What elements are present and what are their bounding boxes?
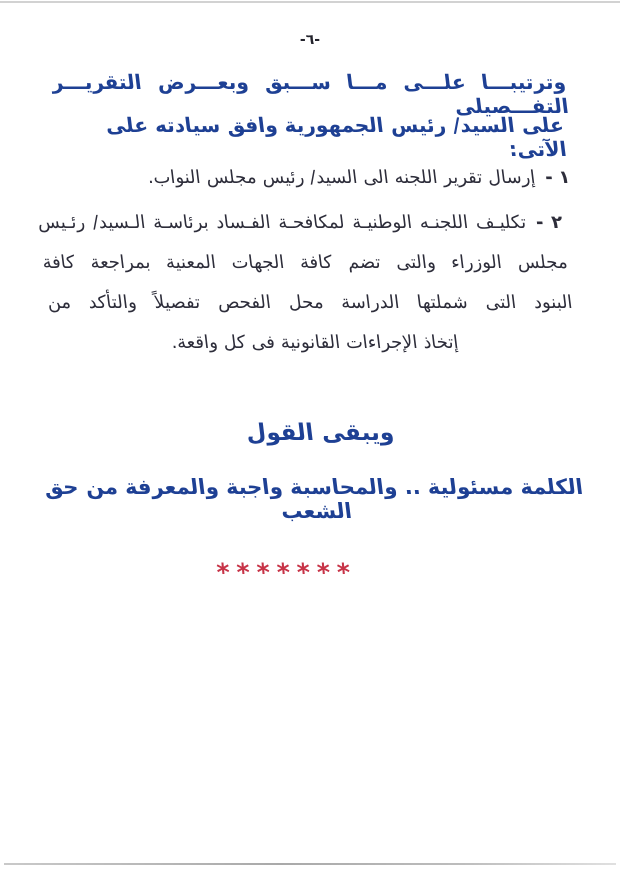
page-number: -٦- — [0, 32, 620, 48]
conclusion-heading: ويبقى القول — [18, 420, 620, 446]
page-top-edge-line — [0, 1, 620, 3]
list-item-2: ٢ -تكليـف اللجنـه الوطنيـة لمكافحـة الفـ… — [35, 203, 580, 363]
list-item-2-line-3: البنود التى شملتها الدراسة محل الفحص تفص… — [45, 283, 575, 323]
page-bottom-edge-line — [4, 863, 616, 865]
list-item-1: ١ -إرسال تقرير اللجنه الى السيد/ رئيس مج… — [43, 160, 572, 196]
list-item-2-line-2: مجلس الوزراء والتى تضم كافة الجهات المعن… — [40, 243, 570, 283]
conclusion-statement: الكلمة مسئولية .. والمحاسبة واجبة والمعر… — [7, 475, 620, 523]
list-item-1-text: إرسال تقرير اللجنه الى السيد/ رئيس مجلس … — [146, 167, 536, 188]
intro-heading-line-1: وترتيبـــا علـــى مـــا ســـبق وبعـــرض … — [50, 70, 570, 118]
list-item-1-number: ١ - — [544, 167, 571, 188]
document-page: -٦- وترتيبـــا علـــى مـــا ســـبق وبعــ… — [0, 0, 620, 882]
list-item-2-number: ٢ - — [535, 212, 564, 233]
list-item-2-text-1: تكليـف اللجنـه الوطنيـة لمكافحـة الفـساد… — [36, 212, 527, 233]
list-item-2-line-1: ٢ -تكليـف اللجنـه الوطنيـة لمكافحـة الفـ… — [35, 203, 565, 243]
intro-heading-line-2: على السيد/ رئيس الجمهورية وافق سيادته عل… — [52, 113, 568, 161]
list-item-2-line-4: إتخاذ الإجراءات القانونية فى كل واقعة. — [50, 323, 580, 363]
asterisk-separator: ******* — [0, 558, 575, 587]
